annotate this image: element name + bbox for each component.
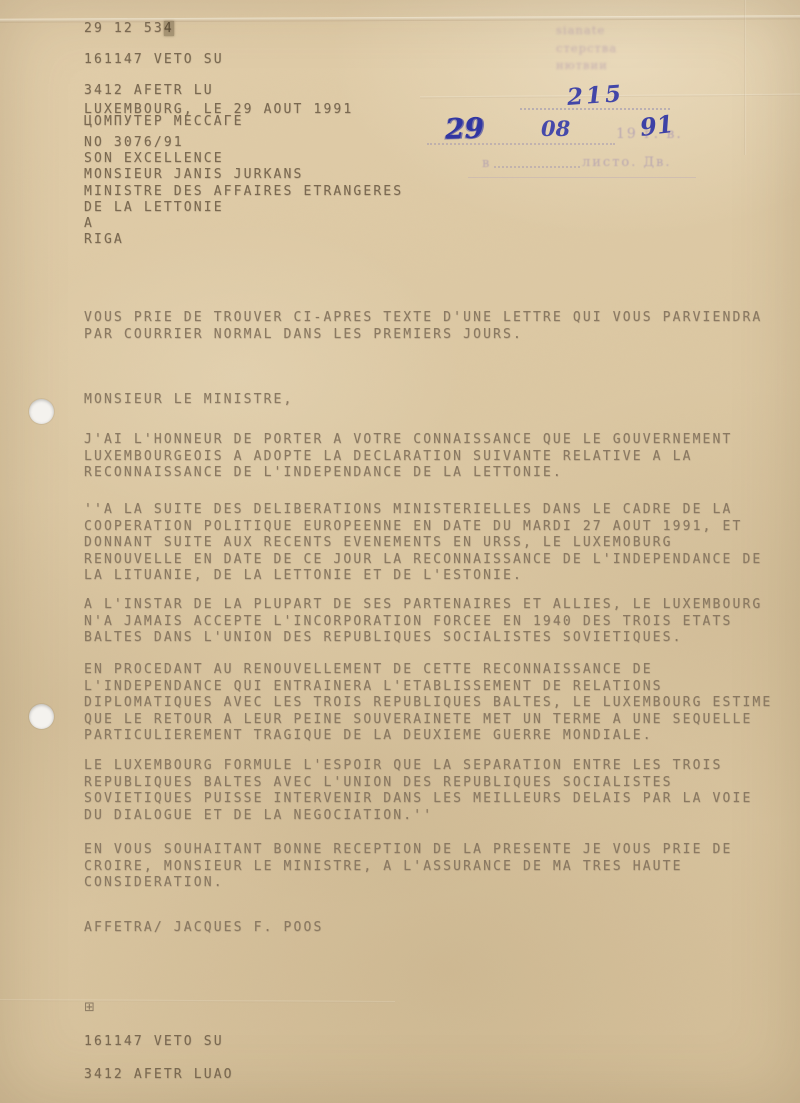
stamp-faint-date-fragment: 19 г. в. (616, 126, 683, 142)
closing-paragraph: EN VOUS SOUHAITANT BONNE RECEPTION DE LA… (84, 842, 732, 892)
telex-header-line1: 29 12 534 (84, 21, 244, 36)
scanned-telex-letter: 29 12 534 161147 VETO SU 3412 AFETR LU Ц… (0, 0, 800, 1103)
paragraph-1: J'AI L'HONNEUR DE PORTER A VOTRE CONNAIS… (84, 432, 732, 482)
paper-crease-bottom (0, 999, 395, 1003)
telex-footer: 161147 VETO SU 3412 AFETR LUAO (84, 1018, 234, 1099)
punch-hole-top (29, 399, 54, 424)
stamp-faint-underline (468, 177, 696, 178)
stamp-faint-v-fragment: в (482, 156, 491, 171)
addressee-block: SON EXCELLENCE MONSIEUR JANIS JURKANS MI… (84, 151, 403, 249)
telex-answerback-symbol: ⊞ (84, 1000, 95, 1015)
paragraph-4: EN PROCEDANT AU RENOUVELLEMENT DE CETTE … (84, 662, 772, 745)
telex-footer-line1: 161147 VETO SU (84, 1034, 234, 1050)
paragraph-5: LE LUXEMBOURG FORMULE L'ESPOIR QUE LA SE… (84, 758, 752, 824)
reference-number: NO 3076/91 (84, 135, 353, 151)
paragraph-3: A L'INSTAR DE LA PLUPART DE SES PARTENAI… (84, 597, 762, 647)
overstruck-character: 4 (164, 21, 174, 36)
stamp-dotted-line-3 (494, 164, 580, 168)
handwritten-month: 08 (541, 116, 570, 141)
dateline: LUXEMBOURG, LE 29 AOUT 1991 (84, 102, 353, 118)
punch-hole-bottom (29, 704, 54, 729)
signature-line: AFFETRA/ JACQUES F. POOS (84, 920, 323, 937)
telex-header-line2: 161147 VETO SU (84, 52, 244, 67)
telex-footer-line2: 3412 AFETR LUAO (84, 1067, 234, 1083)
stamp-faint-listo-fragment: листо. Дв. (582, 155, 672, 170)
salutation: MONSIEUR LE MINISTRE, (84, 392, 294, 409)
stamp-dotted-line-1 (520, 106, 670, 110)
paragraph-2: ''A LA SUITE DES DELIBERATIONS MINISTERI… (84, 502, 762, 585)
stamp-dotted-line-2 (427, 141, 615, 145)
stamp-bleedthrough-text: sianate стерства нютвии (556, 22, 666, 75)
intro-paragraph: VOUS PRIE DE TROUVER CI-APRES TEXTE D'UN… (84, 310, 762, 343)
paper-crease-vertical (744, 0, 746, 155)
